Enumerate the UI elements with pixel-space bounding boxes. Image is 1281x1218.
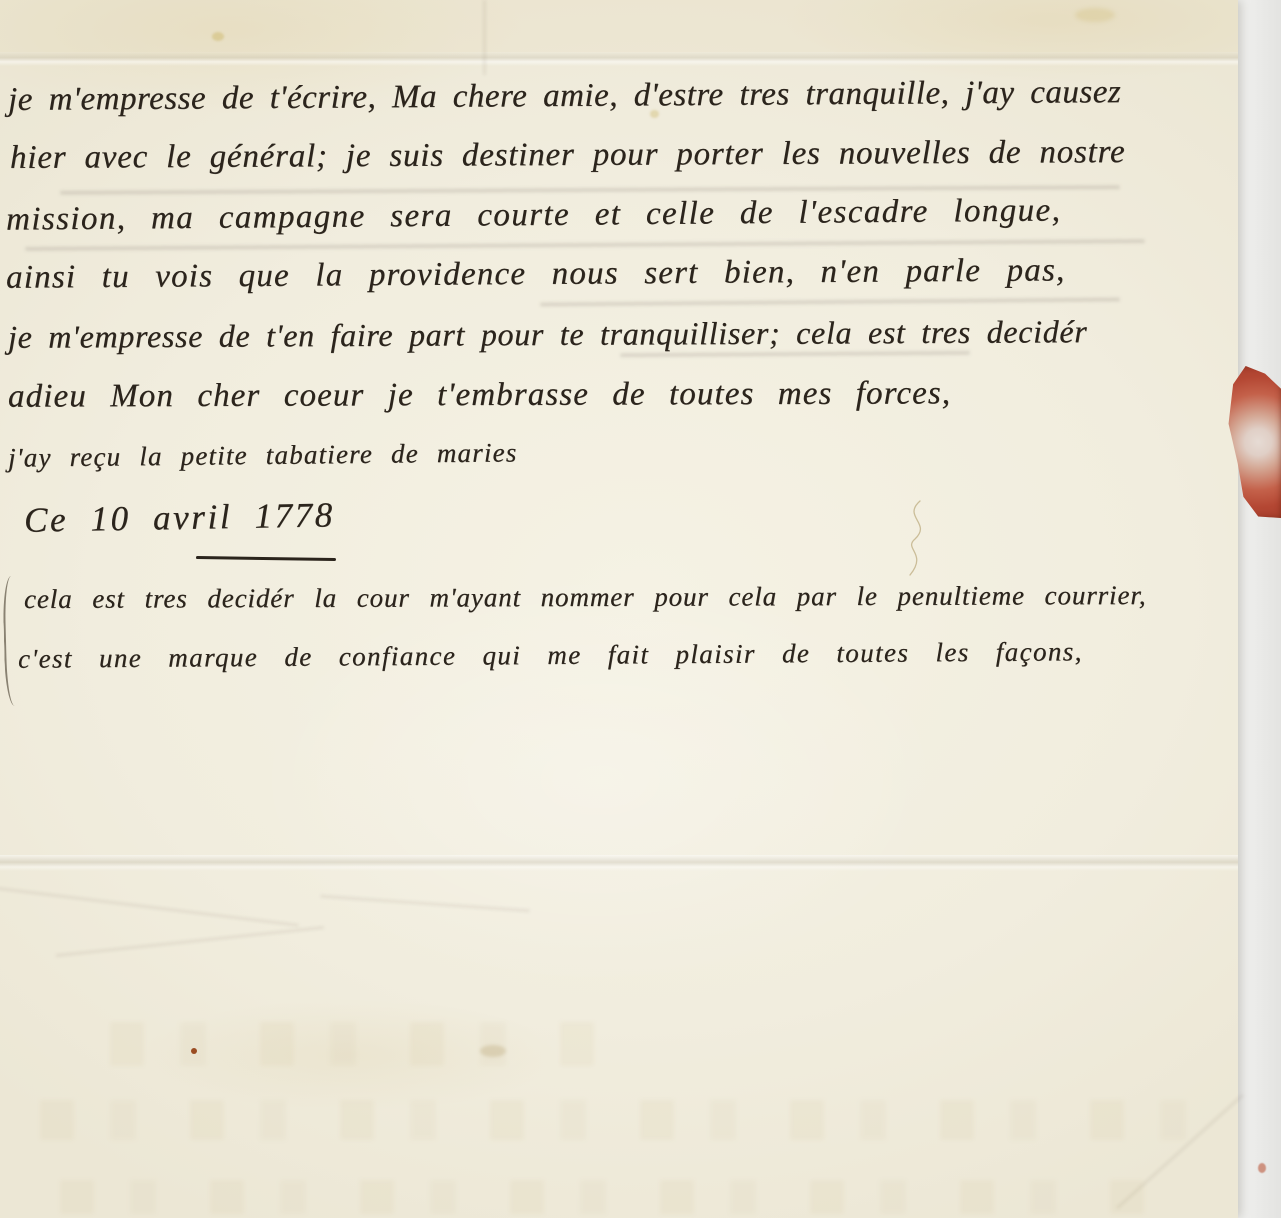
letter-line-3: mission, ma campagne sera courte et cell… (6, 192, 1061, 238)
faint-hair-mark (888, 495, 948, 585)
rust-speck (191, 1048, 197, 1054)
letter-date: Ce 10 avril 1778 (24, 495, 335, 540)
wax-speck (1258, 1163, 1266, 1173)
letter-paper: je m'empresse de t'écrire, Ma chere amie… (0, 0, 1238, 1218)
top-fold-band (0, 0, 1238, 52)
fold-crease-top (0, 52, 1238, 66)
postscript-bracket (2, 576, 16, 706)
diagonal-crease (0, 886, 299, 927)
bleedthrough-streak (40, 1100, 1190, 1140)
faint-pencil-streak (540, 297, 1120, 306)
diagonal-crease (56, 926, 325, 957)
letter-line-4: ainsi tu vois que la providence nous ser… (6, 252, 1066, 296)
letter-line-2: hier avec le général; je suis destiner p… (10, 134, 1126, 177)
paper-stain (212, 32, 224, 41)
paper-stain (650, 110, 659, 118)
postscript-line-2: c'est une marque de confiance qui me fai… (18, 636, 1083, 674)
bleedthrough-streak (110, 1022, 610, 1066)
fold-crease-middle (0, 855, 1238, 871)
vertical-crease (483, 0, 486, 75)
scanned-letter: je m'empresse de t'écrire, Ma chere amie… (0, 0, 1281, 1218)
paper-smudge (480, 1045, 506, 1057)
faint-pencil-streak (25, 239, 1145, 251)
paper-stain (1075, 8, 1115, 22)
letter-line-5: je m'empresse de t'en faire part pour te… (8, 313, 1088, 356)
letter-line-6: adieu Mon cher coeur je t'embrasse de to… (8, 375, 951, 415)
scan-background-strip (1235, 0, 1281, 1218)
diagonal-crease (320, 895, 530, 913)
date-underline (196, 556, 336, 561)
letter-note-line: j'ay reçu la petite tabatiere de maries (8, 437, 518, 473)
postscript-line-1: cela est tres decidér la cour m'ayant no… (24, 580, 1146, 615)
bleedthrough-streak (60, 1180, 1160, 1214)
letter-line-1: je m'empresse de t'écrire, Ma chere amie… (8, 74, 1121, 119)
